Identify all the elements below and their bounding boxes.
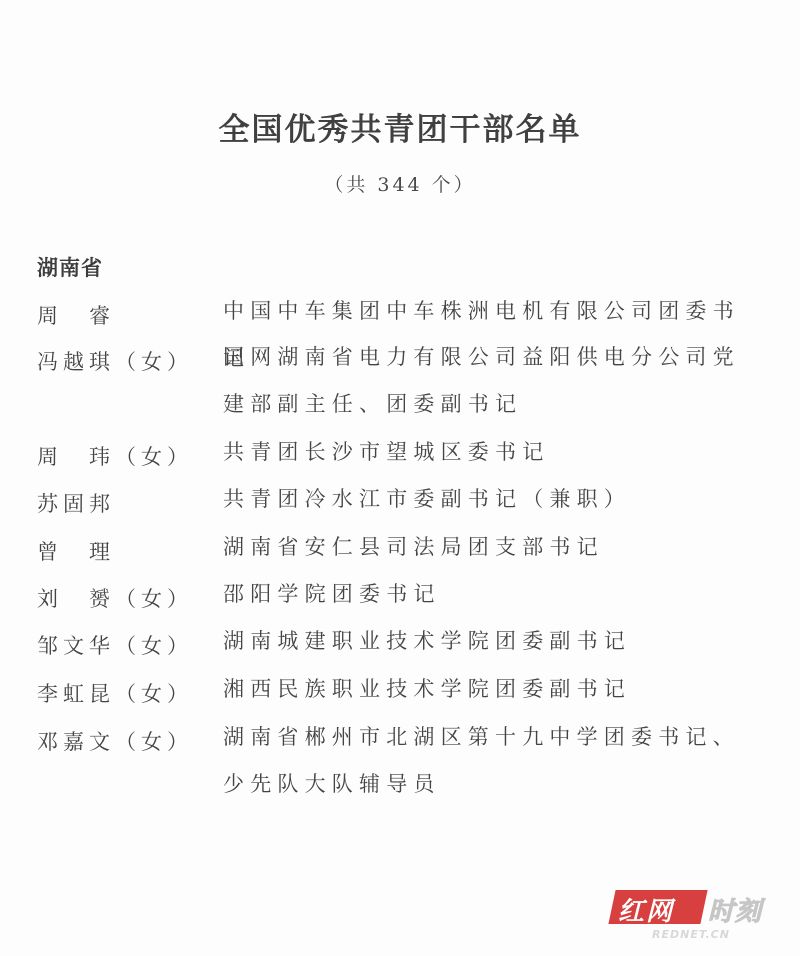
entry-position: 邵阳学院团委书记 [223, 571, 743, 618]
rednet-watermark-logo: 红网 时刻 REDNET.CN [612, 890, 792, 946]
entry-name: 周 玮（女） [37, 441, 193, 471]
entry-name: 邹文华（女） [37, 630, 193, 660]
entry-position: 共青团冷水江市委副书记（兼职） [223, 476, 743, 523]
entry-name: 刘 赟（女） [37, 583, 193, 613]
entry-position: 国网湖南省电力有限公司益阳供电分公司党建部副主任、团委副书记 [223, 334, 743, 428]
entry-name: 邓嘉文（女） [37, 726, 193, 756]
watermark-brand-grey: 时刻 [708, 891, 762, 928]
document-page: 全国优秀共青团干部名单 （共 344 个） 湖南省 周 睿 中国中车集团中车株洲… [0, 0, 800, 956]
watermark-brand-red: 红网 [618, 891, 674, 928]
entry-name: 周 睿 [37, 300, 115, 330]
entry-name: 苏固邦 [37, 488, 115, 518]
entry-position: 湖南省安仁县司法局团支部书记 [223, 524, 743, 571]
entry-position: 湖南省郴州市北湖区第十九中学团委书记、少先队大队辅导员 [223, 714, 743, 808]
section-heading-hunan: 湖南省 [37, 252, 103, 282]
watermark-domain: REDNET.CN [652, 928, 730, 941]
entry-position: 共青团长沙市望城区委书记 [223, 429, 743, 476]
entry-position: 湖南城建职业技术学院团委副书记 [223, 618, 743, 665]
document-title: 全国优秀共青团干部名单 [0, 104, 800, 149]
document-subtitle: （共 344 个） [0, 170, 800, 197]
entry-name: 冯越琪（女） [37, 346, 193, 376]
entry-name: 李虹昆（女） [37, 678, 193, 708]
entry-name: 曾 理 [37, 536, 115, 566]
entry-position: 湘西民族职业技术学院团委副书记 [223, 666, 743, 713]
